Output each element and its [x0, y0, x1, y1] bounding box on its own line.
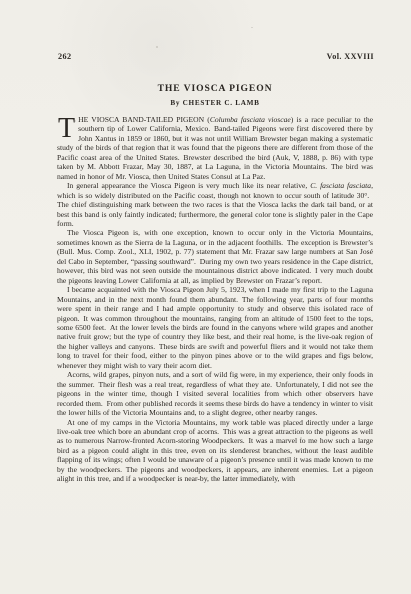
- page-number: 262: [58, 52, 71, 61]
- scientific-name: C. fasciata fasciata: [310, 181, 371, 190]
- text-run: ) is a race peculiar to the southern tip…: [57, 115, 373, 181]
- article-title: THE VIOSCA PIGEON: [57, 83, 373, 94]
- paragraph: I became acquainted with the Viosca Pige…: [57, 285, 373, 370]
- scientific-name: Columba fasciata vioscae: [210, 115, 291, 124]
- paragraph: THE VIOSCA BAND-TAILED PIGEON (Columba f…: [57, 115, 373, 181]
- paragraph: At one of my camps in the Victoria Mount…: [57, 418, 373, 484]
- article: THE VIOSCA PIGEON By CHESTER C. LAMB THE…: [57, 83, 373, 484]
- text-run: I became acquainted with the Viosca Pige…: [57, 285, 373, 370]
- journal-page: 262 Vol. XXVIII THE VIOSCA PIGEON By CHE…: [0, 0, 411, 594]
- paragraph: In general appearance the Viosca Pigeon …: [57, 181, 373, 228]
- volume-label: Vol. XXVIII: [327, 52, 374, 61]
- text-run: Acorns, wild grapes, pinyon nuts, and a …: [57, 370, 373, 417]
- scan-speck: [156, 46, 158, 48]
- running-header: 262 Vol. XXVIII: [58, 52, 374, 61]
- paragraph: The Viosca Pigeon is, with one exception…: [57, 228, 373, 285]
- article-body: THE VIOSCA BAND-TAILED PIGEON (Columba f…: [57, 115, 373, 484]
- text-run: At one of my camps in the Victoria Mount…: [57, 418, 373, 484]
- drop-cap: T: [57, 115, 78, 143]
- text-run: The Viosca Pigeon is, with one exception…: [57, 228, 373, 284]
- text-run: HE VIOSCA BAND-TAILED PIGEON (: [78, 115, 210, 124]
- article-byline: By CHESTER C. LAMB: [57, 99, 373, 108]
- paragraph: Acorns, wild grapes, pinyon nuts, and a …: [57, 370, 373, 417]
- text-run: In general appearance the Viosca Pigeon …: [67, 181, 310, 190]
- scan-speck: [251, 27, 253, 28]
